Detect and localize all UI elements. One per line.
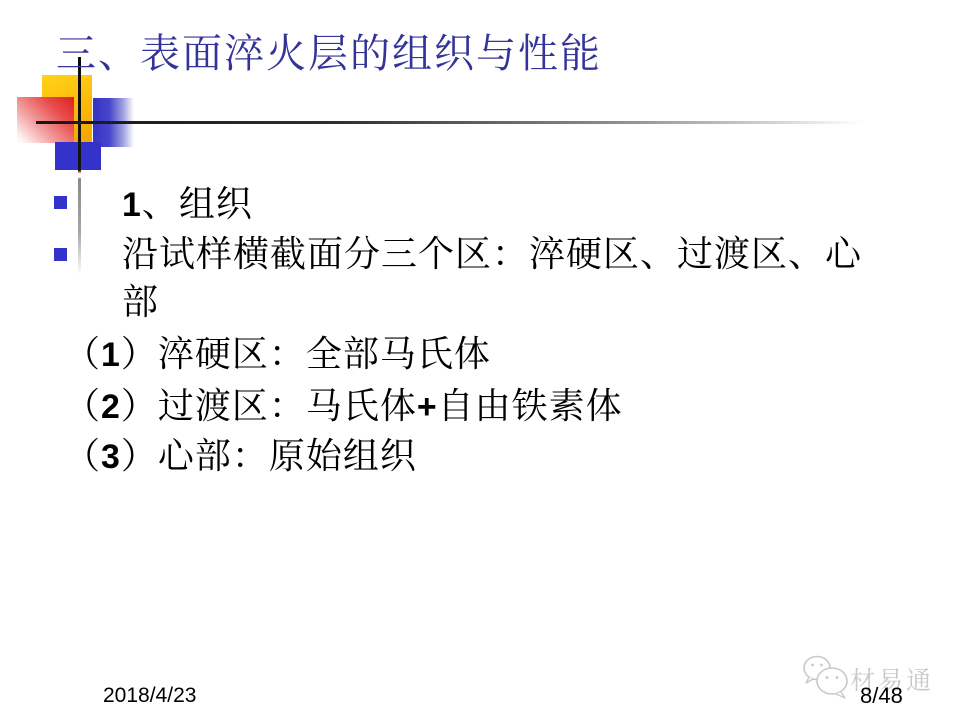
page-number: 8/48: [860, 683, 903, 709]
item-1-paren-close: ）: [121, 334, 158, 374]
bullet-square-icon: [54, 248, 67, 261]
item-1-number: 1: [101, 336, 121, 374]
numbered-item-1: （1）淬硬区：全部马氏体: [64, 330, 491, 379]
slide-title: 三、表面淬火层的组织与性能: [56, 30, 602, 78]
numbered-item-2: （2）过渡区：马氏体+自由铁素体: [64, 382, 623, 431]
item-1-paren-open: （: [64, 334, 101, 374]
title-underline: [36, 121, 890, 124]
item-3-text: 心部：原始组织: [158, 436, 417, 476]
decoration-vertical-line: [78, 57, 81, 275]
bullet-item-2: 沿试样横截面分三个区：淬硬区、过渡区、心部: [122, 230, 870, 326]
item-2-text: 过渡区：马氏体: [158, 386, 417, 426]
item-3-paren-open: （: [64, 436, 101, 476]
item-3-number: 3: [101, 438, 121, 476]
bullet-1-text: 、组织: [142, 184, 253, 224]
slide-date: 2018/4/23: [103, 684, 196, 708]
bullet-2-text: 沿试样横截面分三个区：淬硬区、过渡区、心部: [122, 234, 862, 322]
item-2-number: 2: [101, 388, 121, 426]
item-2-plus-sign: +: [417, 388, 438, 426]
item-3-paren-close: ）: [121, 436, 158, 476]
item-1-text: 淬硬区：全部马氏体: [158, 334, 491, 374]
bullet-item-1: 1、组织: [122, 180, 253, 229]
item-2-text-after: 自由铁素体: [438, 386, 623, 426]
item-2-paren-open: （: [64, 386, 101, 426]
speech-bubbles-icon: [800, 653, 852, 703]
decoration-red-square: [17, 97, 74, 143]
bullet-1-number: 1: [122, 186, 142, 224]
numbered-item-3: （3）心部：原始组织: [64, 432, 417, 481]
bullet-square-icon: [54, 196, 67, 209]
item-2-paren-close: ）: [121, 386, 158, 426]
slide-canvas: 三、表面淬火层的组织与性能 1、组织 沿试样横截面分三个区：淬硬区、过渡区、心部…: [0, 0, 960, 720]
